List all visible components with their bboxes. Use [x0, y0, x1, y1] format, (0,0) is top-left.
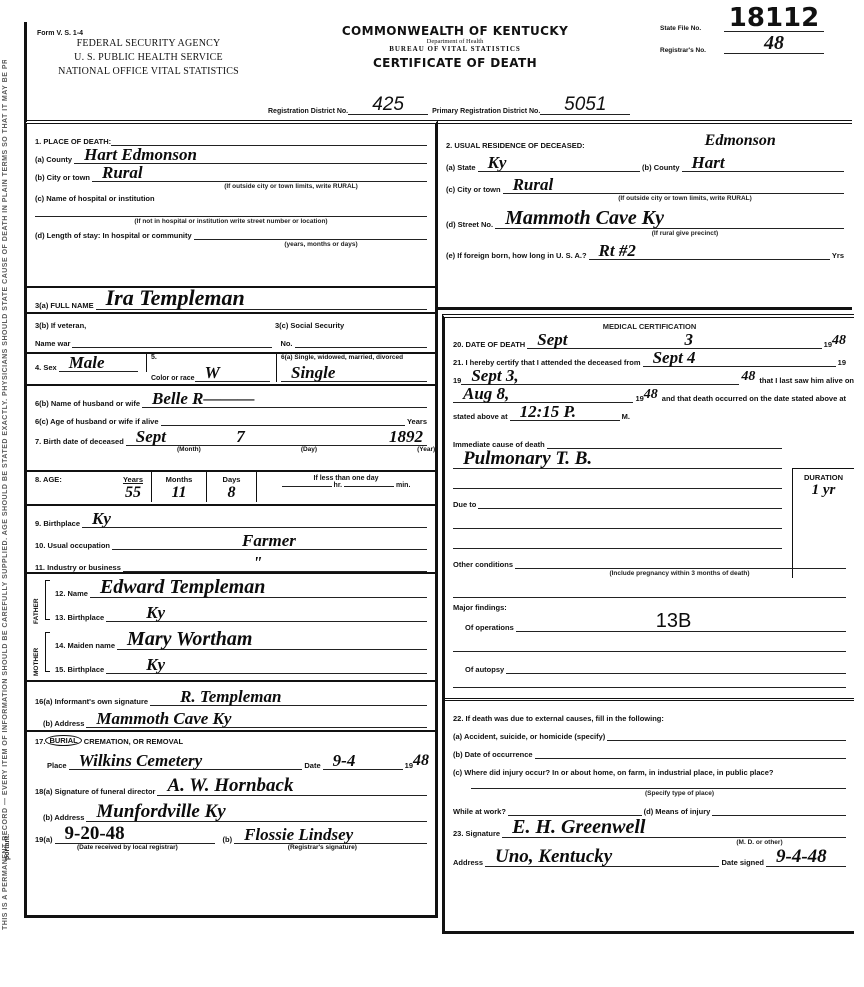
sex-label: 4. Sex: [35, 363, 57, 372]
attend-to-year-value: 48: [741, 369, 755, 385]
death-county-value: Hart Edmonson: [84, 145, 197, 165]
birth-month-value: Sept: [136, 427, 166, 447]
mother-name-label: 14. Maiden name: [55, 641, 115, 650]
director-label: 18(a) Signature of funeral director: [35, 787, 155, 796]
mother-name-value: Mary Wortham: [127, 628, 252, 651]
agency-header: Form V. S. 1-4 FEDERAL SECURITY AGENCY U…: [24, 22, 264, 122]
stay-label: (d) Length of stay: In hospital or commu…: [35, 231, 192, 240]
date-signed-value: 9-4-48: [776, 846, 827, 868]
attend-from-value: Sept 4: [653, 348, 696, 368]
immediate-cause-value: Pulmonary T. B.: [463, 448, 592, 470]
full-name-value: Ira Templeman: [106, 285, 245, 311]
certifier-signature-label: 23. Signature: [453, 829, 500, 838]
burial-number: 17.: [35, 737, 45, 746]
age-months-value: 11: [171, 484, 186, 501]
father-birthplace-value: Ky: [146, 603, 165, 623]
other-conditions-label: Other conditions: [453, 560, 513, 569]
year-note: (Year): [417, 446, 435, 453]
age-years-value: 55: [125, 484, 141, 501]
death-day-value: 3: [684, 330, 693, 350]
director-address-label: (b) Address: [43, 813, 84, 822]
race-label: Color or race: [151, 375, 195, 382]
left-form-column: 1. PLACE OF DEATH: (a) CountyHart Edmons…: [24, 120, 438, 918]
attend-to-value: Sept 3,: [471, 366, 518, 386]
burial-place-label: Place: [47, 761, 67, 770]
medical-certification-section: MEDICAL CERTIFICATION 20. DATE OF DEATH …: [442, 314, 854, 934]
veteran-section: 3(b) If veteran,3(c) Social Security Nam…: [27, 312, 435, 350]
registration-district-label: Registration District No.: [268, 108, 348, 115]
attend-to-prefix: 19: [453, 376, 461, 385]
burial-date-label: Date: [304, 761, 320, 770]
mother-birthplace-value: Ky: [146, 655, 165, 675]
residence-street-value: Mammoth Cave Ky: [505, 207, 664, 230]
age-days-value: 8: [228, 484, 236, 501]
day-note: (Day): [301, 446, 317, 453]
accident-label: (a) Accident, suicide, or homicide (spec…: [453, 732, 605, 741]
father-side-label: FATHER: [33, 580, 40, 624]
burial-circled: BURIAL: [45, 735, 81, 746]
residence-county-value: Hart: [692, 153, 725, 173]
stay-note: (years, months or days): [207, 240, 435, 249]
burial-year-prefix: 19: [405, 761, 413, 770]
residence-county-label: (b) County: [642, 163, 680, 172]
industry-label: 11. Industry or business: [35, 563, 121, 572]
state-file-label: State File No.: [660, 25, 724, 32]
county-label: (a) County: [35, 155, 72, 164]
war-label: Name war: [35, 339, 70, 348]
certifier-address-label: Address: [453, 858, 483, 867]
death-occurred-label: and that death occurred on the date stat…: [662, 394, 846, 403]
foreign-label: (e) If foreign born, how long in U. S. A…: [446, 251, 587, 260]
external-causes-section: 22. If death was due to external causes,…: [445, 698, 854, 867]
stated-label: stated above at: [453, 412, 508, 421]
death-month-value: Sept: [537, 330, 567, 350]
operations-label: Of operations: [465, 623, 514, 632]
birth-day-value: 7: [236, 427, 245, 447]
place-of-death-section: 1. PLACE OF DEATH: (a) CountyHart Edmons…: [27, 128, 435, 278]
ssn-label: 3(c) Social Security: [275, 321, 344, 330]
registration-district-number: 425: [348, 95, 428, 115]
veteran-label: 3(b) If veteran,: [35, 321, 275, 330]
agency-line-3: NATIONAL OFFICE VITAL STATISTICS: [33, 65, 264, 79]
page-title: CERTIFICATE OF DEATH: [310, 56, 600, 70]
mother-side-label: MOTHER: [33, 632, 40, 676]
age-label: 8. AGE:: [35, 475, 62, 499]
hr-label: hr.: [334, 482, 343, 489]
death-year-value: 48: [832, 333, 846, 349]
registrar-label: Registrar's No.: [660, 47, 724, 54]
death-year-prefix: 19: [824, 340, 832, 349]
ssn-no-label: No.: [280, 339, 292, 348]
work-label: While at work?: [453, 807, 506, 816]
occurrence-label: (b) Date of occurrence: [453, 750, 533, 759]
due-to-label: Due to: [453, 500, 476, 509]
city-note: (If outside city or town limits, write R…: [147, 182, 435, 191]
years-label: Years: [123, 475, 143, 484]
form-code: Form V. S. 1-4: [37, 30, 264, 37]
director-signature-value: A. W. Hornback: [167, 775, 293, 797]
last-seen-label: that I last saw him alive on: [759, 376, 854, 385]
received-note: (Date received by local registrar): [77, 844, 178, 851]
residence-city-label: (c) City or town: [446, 185, 501, 194]
parents-section: FATHER MOTHER 12. NameEdward Templeman 1…: [27, 572, 435, 678]
medical-heading: MEDICAL CERTIFICATION: [445, 322, 854, 331]
death-city-value: Rural: [102, 163, 143, 183]
operations-value: 13B: [656, 610, 692, 633]
residence-street-label: (d) Street No.: [446, 220, 493, 229]
means-label: (d) Means of injury: [644, 807, 711, 816]
residence-city-value: Rural: [513, 175, 554, 195]
primary-district-number: 5051: [540, 95, 630, 115]
spouse-age-suffix: Years: [407, 417, 427, 426]
duration-label: DURATION: [793, 473, 854, 482]
title-block: COMMONWEALTH OF KENTUCKY Department of H…: [310, 24, 600, 70]
burial-heading: CREMATION, OR REMOVAL: [84, 737, 183, 746]
father-name-label: 12. Name: [55, 589, 88, 598]
burial-place-value: Wilkins Cemetery: [79, 751, 203, 771]
residence-section: 2. USUAL RESIDENCE OF DECEASED:Edmonson …: [438, 120, 852, 310]
last-seen-year-prefix: 19: [635, 394, 643, 403]
registrar-number: 48: [724, 33, 824, 54]
marital-value: Single: [291, 363, 335, 383]
residence-county-annotation: Edmonson: [705, 132, 776, 150]
autopsy-label: Of autopsy: [465, 665, 504, 674]
full-name-section: 3(a) FULL NAMEIra Templeman: [27, 286, 435, 310]
received-label: 19(a): [35, 835, 53, 844]
director-address-value: Munfordville Ky: [96, 801, 225, 823]
hospital-label: (c) Name of hospital or institution: [35, 194, 155, 203]
under-day-label: If less than one day: [314, 475, 379, 482]
informant-signature-label: 16(a) Informant's own signature: [35, 697, 148, 706]
agency-line-1: FEDERAL SECURITY AGENCY: [33, 37, 264, 51]
marital-label: 6(a) Single, widowed, married, divorced: [281, 354, 435, 361]
spouse-birth-section: 6(b) Name of husband or wifeBelle R——— 6…: [27, 384, 435, 468]
city-label: (b) City or town: [35, 173, 90, 182]
major-findings-label: Major findings:: [453, 603, 507, 612]
registrar-note: (Registrar's signature): [288, 844, 357, 851]
certifier-address-value: Uno, Kentucky: [495, 846, 612, 868]
last-seen-value: Aug 8,: [463, 384, 509, 404]
informant-signature-value: R. Templeman: [180, 687, 281, 707]
birth-label: 7. Birth date of deceased: [35, 437, 124, 446]
foreign-suffix: Yrs: [832, 251, 844, 260]
date-signed-label: Date signed: [721, 858, 764, 867]
father-birthplace-label: 13. Birthplace: [55, 613, 104, 622]
sex-race-marital-section: 4. SexMale 5. Color or raceW 6(a) Single…: [27, 352, 435, 382]
min-label: min.: [396, 482, 410, 489]
bureau: BUREAU OF VITAL STATISTICS: [310, 45, 600, 53]
race-value: W: [205, 363, 220, 383]
month-note: (Month): [177, 446, 201, 453]
occupation-value: Farmer: [242, 531, 296, 551]
residence-state-label: (a) State: [446, 163, 476, 172]
time-of-death-value: 12:15 P.: [520, 402, 576, 422]
spouse-age-label: 6(c) Age of husband or wife if alive: [35, 417, 159, 426]
full-name-label: 3(a) FULL NAME: [35, 301, 94, 310]
external-heading: 22. If death was due to external causes,…: [453, 714, 664, 723]
birthplace-occupation-section: 9. BirthplaceKy 10. Usual occupationFarm…: [27, 504, 435, 570]
hospital-note: (If not in hospital or institution write…: [27, 217, 435, 226]
primary-district-label: Primary Registration District No.: [432, 108, 540, 115]
father-name-value: Edward Templeman: [100, 576, 265, 599]
residence-street-note: (If rural give precinct): [518, 229, 852, 238]
death-date-label: 20. DATE OF DEATH: [453, 340, 525, 349]
department: Department of Health: [310, 38, 600, 45]
mother-birthplace-label: 15. Birthplace: [55, 665, 104, 674]
side-instructions-tail: portant.: [4, 800, 16, 860]
occupation-label: 10. Usual occupation: [35, 541, 110, 550]
industry-value: ": [253, 553, 262, 573]
foreign-value: Rt #2: [599, 241, 636, 261]
residence-city-note: (If outside city or town limits, write R…: [518, 194, 852, 203]
birthplace-label: 9. Birthplace: [35, 519, 80, 528]
birthplace-value: Ky: [92, 509, 111, 529]
district-line: Registration District No. 425 Primary Re…: [268, 95, 828, 115]
days-label: Days: [223, 475, 241, 484]
attend-year-prefix: 19: [838, 358, 846, 367]
state-file-number: 18112: [724, 5, 824, 32]
certifier-signature-value: E. H. Greenwell: [512, 816, 645, 839]
where-label: (c) Where did injury occur? In or about …: [453, 768, 773, 777]
age-section: 8. AGE: Years55 Months11 Days8 If less t…: [27, 470, 435, 502]
file-numbers: State File No. 18112 Registrar's No. 48: [660, 10, 860, 54]
informant-address-value: Mammoth Cave Ky: [96, 709, 231, 729]
received-date-value: 9-20-48: [65, 823, 125, 845]
burial-year-value: 48: [413, 752, 429, 770]
spouse-label: 6(b) Name of husband or wife: [35, 399, 140, 408]
informant-section: 16(a) Informant's own signatureR. Temple…: [27, 680, 435, 728]
state-title: COMMONWEALTH OF KENTUCKY: [310, 24, 600, 38]
residence-state-value: Ky: [488, 153, 507, 173]
registrar-signature-value: Flossie Lindsey: [244, 825, 353, 845]
last-seen-year-value: 48: [644, 387, 658, 403]
agency-line-2: U. S. PUBLIC HEALTH SERVICE: [33, 51, 264, 65]
residence-heading: 2. USUAL RESIDENCE OF DECEASED:: [446, 141, 585, 150]
burial-section: 17. BURIAL CREMATION, OR REMOVAL Place W…: [27, 730, 435, 916]
birth-year-value: 1892: [389, 427, 423, 447]
duration-value: 1 yr: [793, 482, 854, 499]
time-suffix: M.: [622, 412, 630, 421]
spouse-value: Belle R———: [152, 389, 254, 409]
registrar-signature-label: (b): [223, 835, 233, 844]
informant-address-label: (b) Address: [43, 719, 84, 728]
burial-date-value: 9-4: [333, 751, 356, 771]
race-number: 5.: [151, 354, 276, 361]
where-note: (Specify type of place): [505, 789, 854, 798]
sex-value: Male: [69, 353, 105, 373]
months-label: Months: [166, 475, 193, 484]
